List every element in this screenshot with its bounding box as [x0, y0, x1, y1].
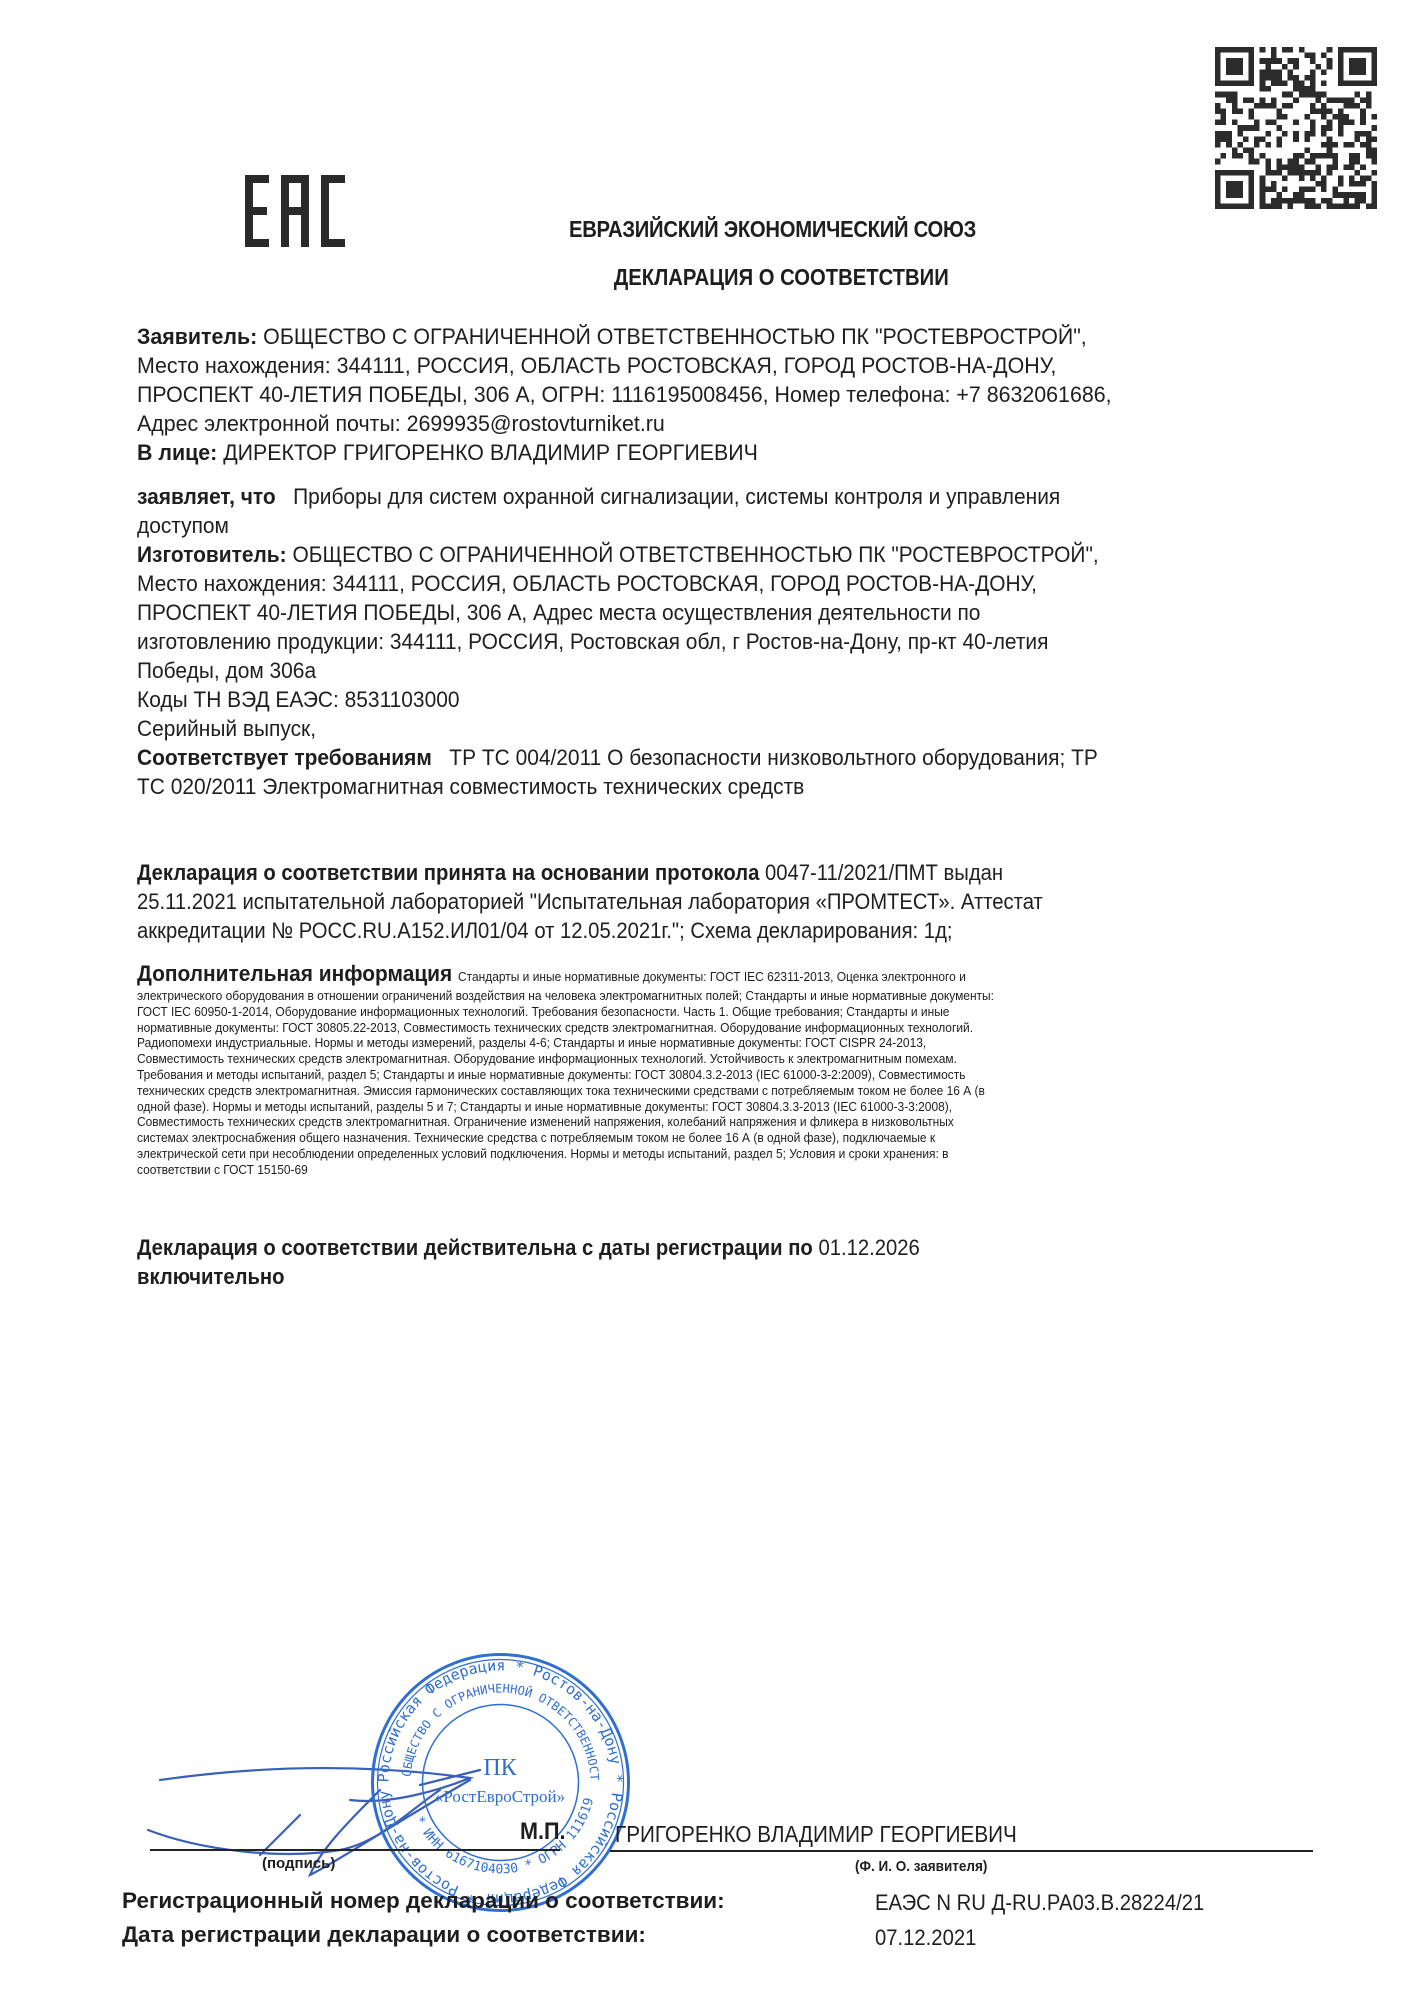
basis-label: Декларация о соответствии принята на осн…	[137, 860, 759, 885]
basis-line: Декларация о соответствии принята на осн…	[137, 858, 1388, 887]
additional-info-line: электрического оборудования в отношении …	[137, 989, 1296, 1005]
additional-info-line: Дополнительная информация Стандарты и ин…	[137, 962, 1296, 989]
registration-number-value: ЕАЭС N RU Д-RU.РА03.В.28224/21	[875, 1890, 1204, 1916]
manufacturer-line: Изготовитель: ОБЩЕСТВО С ОГРАНИЧЕННОЙ ОТ…	[137, 540, 1413, 569]
representative-line: В лице: ДИРЕКТОР ГРИГОРЕНКО ВЛАДИМИР ГЕО…	[137, 438, 1413, 467]
compliance-value: ТР ТС 004/2011 О безопасности низковольт…	[449, 745, 1098, 770]
registration-date-value: 07.12.2021	[875, 1925, 976, 1951]
registration-date-label: Дата регистрации декларации о соответств…	[122, 1922, 646, 1947]
applicant-section: Заявитель: ОБЩЕСТВО С ОГРАНИЧЕННОЙ ОТВЕТ…	[137, 322, 1337, 467]
additional-info-line: Совместимость технических средств электр…	[137, 1052, 1296, 1068]
registration-number-row: Регистрационный номер декларации о соотв…	[122, 1888, 725, 1914]
applicant-address-1: Место нахождения: 344111, РОССИЯ, ОБЛАСТ…	[137, 351, 1413, 380]
name-caption: (Ф. И. О. заявителя)	[855, 1858, 987, 1875]
additional-info-line: технических средств электромагнитная. Эм…	[137, 1084, 1296, 1100]
registration-number-label: Регистрационный номер декларации о соотв…	[122, 1888, 725, 1913]
customs-codes: Коды ТН ВЭД ЕАЭС: 8531103000	[137, 685, 1413, 714]
validity-section: Декларация о соответствии действительна …	[137, 1233, 1337, 1291]
validity-suffix-line: включительно	[137, 1262, 1388, 1291]
additional-info-section: Дополнительная информация Стандарты и ин…	[137, 962, 1287, 1179]
document-title: ДЕКЛАРАЦИЯ О СООТВЕТСТВИИ	[85, 264, 1328, 291]
declares-line: заявляет, что Приборы для систем охранно…	[137, 482, 1413, 511]
applicant-name: ОБЩЕСТВО С ОГРАНИЧЕННОЙ ОТВЕТСТВЕННОСТЬЮ…	[263, 324, 1087, 349]
compliance-line: Соответствует требованиям ТР ТС 004/2011…	[137, 743, 1413, 772]
product-section: заявляет, что Приборы для систем охранно…	[137, 482, 1337, 801]
stamp-center-name: «РостЕвроСтрой»	[435, 1787, 565, 1806]
product-description: Приборы для систем охранной сигнализации…	[293, 484, 1060, 509]
basis-lab: 25.11.2021 испытательной лабораторией "И…	[137, 887, 1388, 916]
validity-line: Декларация о соответствии действительна …	[137, 1233, 1388, 1262]
validity-label: Декларация о соответствии действительна …	[137, 1235, 813, 1260]
qr-code-icon	[1215, 45, 1377, 211]
additional-info-line: ГОСТ IEC 60950-1-2014, Оборудование инфо…	[137, 1005, 1296, 1021]
manufacturer-address-2: ПРОСПЕКТ 40-ЛЕТИЯ ПОБЕДЫ, 306 А, Адрес м…	[137, 598, 1413, 627]
serial-production: Серийный выпуск,	[137, 714, 1413, 743]
representative-value: ДИРЕКТОР ГРИГОРЕНКО ВЛАДИМИР ГЕОРГИЕВИЧ	[223, 440, 758, 465]
manufacturer-label: Изготовитель:	[137, 542, 287, 567]
applicant-line: Заявитель: ОБЩЕСТВО С ОГРАНИЧЕННОЙ ОТВЕТ…	[137, 322, 1413, 351]
additional-info-line: Требования и методы испытаний, раздел 5;…	[137, 1068, 1296, 1084]
stamp-center-abbr: ПК	[483, 1755, 517, 1781]
basis-accreditation: аккредитации № РОСС.RU.А152.ИЛ01/04 от 1…	[137, 916, 1388, 945]
applicant-address-2: ПРОСПЕКТ 40-ЛЕТИЯ ПОБЕДЫ, 306 А, ОГРН: 1…	[137, 380, 1413, 409]
additional-info-label: Дополнительная информация	[137, 961, 458, 986]
additional-info-line: электрической сети при несоблюдении опре…	[137, 1147, 1296, 1163]
additional-info-line: нормативные документы: ГОСТ 30805.22-201…	[137, 1021, 1296, 1037]
manufacturer-address-3: изготовлению продукции: 344111, РОССИЯ, …	[137, 627, 1413, 656]
additional-info-line: соответствии с ГОСТ 15150-69	[137, 1163, 1296, 1179]
validity-date: 01.12.2026	[818, 1235, 919, 1260]
manufacturer-name: ОБЩЕСТВО С ОГРАНИЧЕННОЙ ОТВЕТСТВЕННОСТЬЮ…	[292, 542, 1098, 567]
protocol-number: 0047-11/2021/ПМТ выдан	[765, 860, 1003, 885]
union-title: ЕВРАЗИЙСКИЙ ЭКОНОМИЧЕСКИЙ СОЮЗ	[85, 216, 1328, 243]
basis-section: Декларация о соответствии принята на осн…	[137, 858, 1337, 945]
product-description-cont: доступом	[137, 511, 1413, 540]
compliance-value-cont: ТС 020/2011 Электромагнитная совместимос…	[137, 772, 1413, 801]
company-seal-icon: Российская Федерация * Ростов-на-Дону * …	[368, 1650, 633, 1915]
applicant-email: Адрес электронной почты: 2699935@rostovt…	[137, 409, 1413, 438]
additional-info-line: Радиопомехи индустриальные. Нормы и мето…	[137, 1036, 1296, 1052]
compliance-label: Соответствует требованиям	[137, 745, 432, 770]
signature-line	[150, 1849, 560, 1851]
declares-label: заявляет, что	[137, 484, 276, 509]
validity-suffix: включительно	[137, 1264, 285, 1289]
stamp-mark-label: М.П.	[520, 1818, 566, 1846]
name-line	[610, 1850, 1313, 1852]
manufacturer-address-1: Место нахождения: 344111, РОССИЯ, ОБЛАСТ…	[137, 569, 1413, 598]
applicant-label: Заявитель:	[137, 324, 257, 349]
additional-info-line: Совместимость технических средств электр…	[137, 1115, 1296, 1131]
registration-date-row: Дата регистрации декларации о соответств…	[122, 1922, 646, 1948]
manufacturer-address-4: Победы, дом 306а	[137, 656, 1413, 685]
signer-name: ГРИГОРЕНКО ВЛАДИМИР ГЕОРГИЕВИЧ	[615, 1821, 1017, 1848]
representative-label: В лице:	[137, 440, 217, 465]
additional-info-line: одной фазе). Нормы и методы испытаний, р…	[137, 1100, 1296, 1116]
signature-caption: (подпись)	[262, 1855, 335, 1872]
additional-info-line: системах электроснабжения общего назначе…	[137, 1131, 1296, 1147]
